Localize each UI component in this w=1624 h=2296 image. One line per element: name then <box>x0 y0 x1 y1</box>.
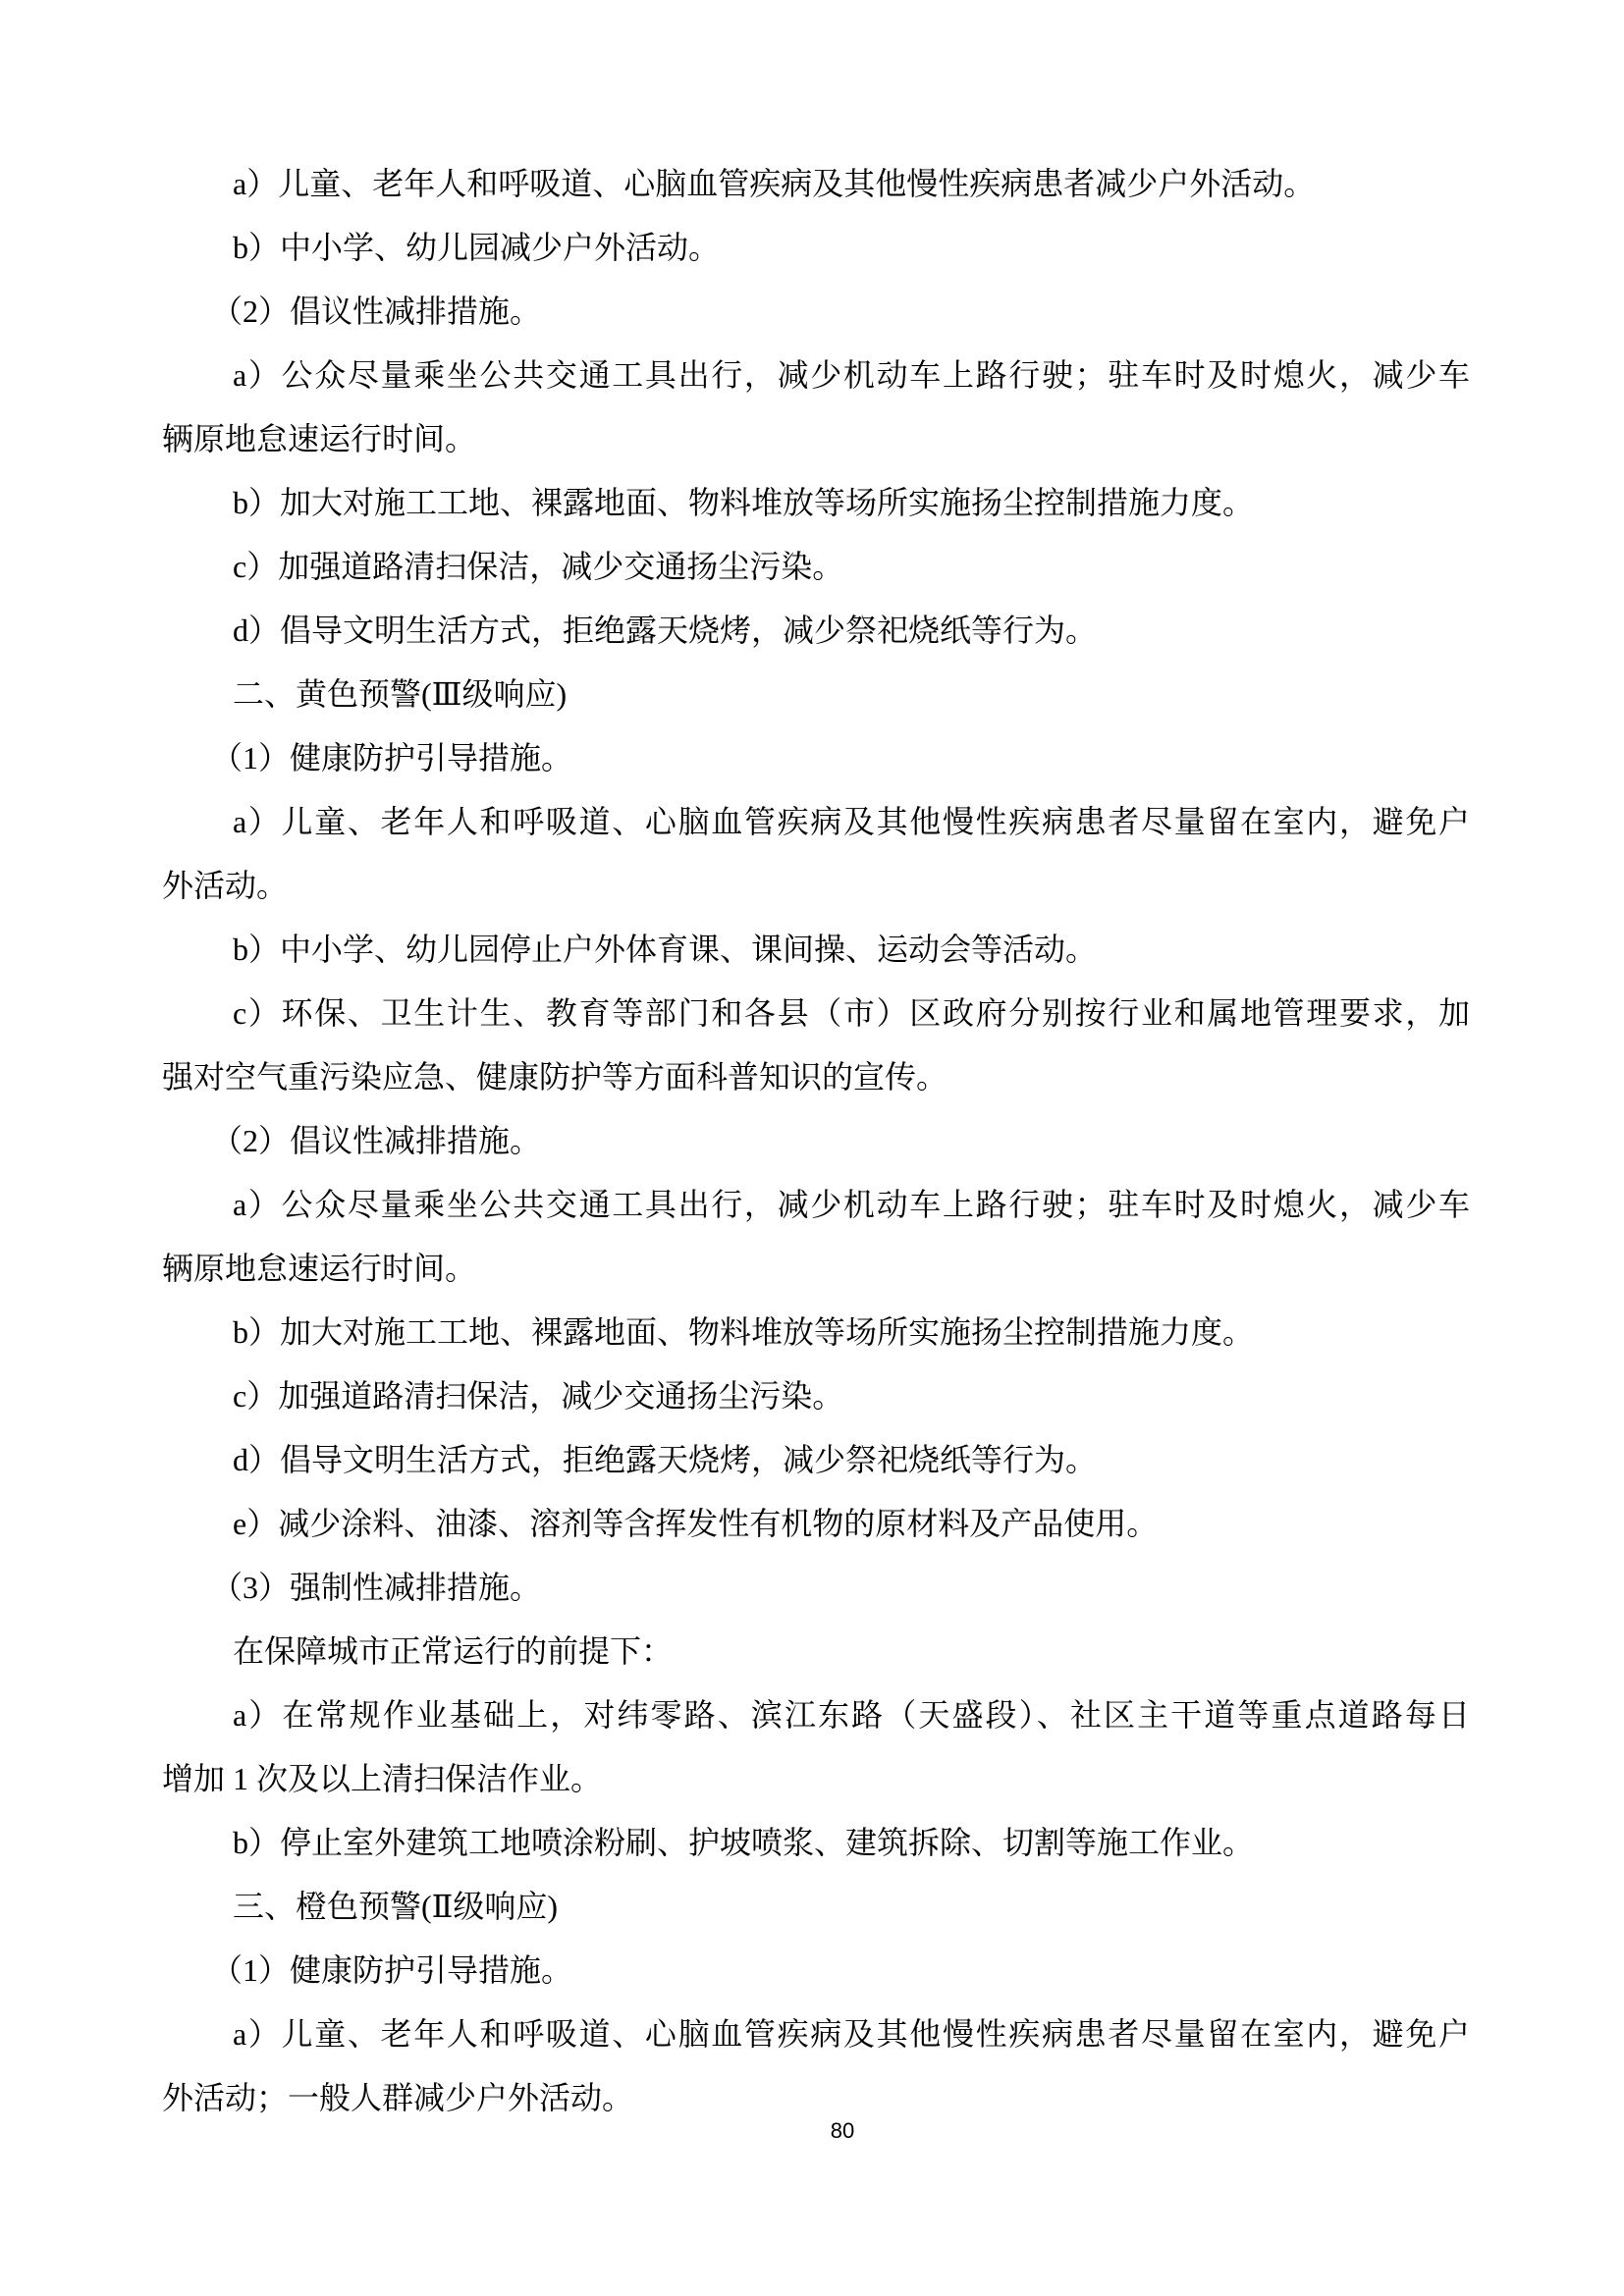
text-line: （1）健康防护引导措施。 <box>162 726 1470 790</box>
text-line: 在保障城市正常运行的前提下： <box>162 1620 1470 1683</box>
text-line: 二、黄色预警(Ⅲ级响应) <box>162 663 1470 726</box>
text-line: 增加 1 次及以上清扫保洁作业。 <box>162 1747 1470 1811</box>
text-line: （2）倡议性减排措施。 <box>162 1109 1470 1173</box>
text-line: （2）倡议性减排措施。 <box>162 280 1470 344</box>
text-line: b）中小学、幼儿园停止户外体育课、课间操、运动会等活动。 <box>162 918 1470 982</box>
text-line: b）加大对施工工地、裸露地面、物料堆放等场所实施扬尘控制措施力度。 <box>162 1301 1470 1364</box>
text-line: a）儿童、老年人和呼吸道、心脑血管疾病及其他慢性疾病患者尽量留在室内，避免户 <box>162 2002 1470 2066</box>
text-line: d）倡导文明生活方式，拒绝露天烧烤，减少祭祀烧纸等行为。 <box>162 1428 1470 1492</box>
text-line: c）加强道路清扫保洁，减少交通扬尘污染。 <box>162 1364 1470 1428</box>
document-page: a）儿童、老年人和呼吸道、心脑血管疾病及其他慢性疾病患者减少户外活动。b）中小学… <box>0 0 1624 2296</box>
document-body: a）儿童、老年人和呼吸道、心脑血管疾病及其他慢性疾病患者减少户外活动。b）中小学… <box>162 152 1470 2130</box>
text-line: 外活动。 <box>162 854 1470 918</box>
text-line: b）中小学、幼儿园减少户外活动。 <box>162 216 1470 280</box>
text-line: c）环保、卫生计生、教育等部门和各县（市）区政府分别按行业和属地管理要求，加 <box>162 982 1470 1045</box>
text-line: d）倡导文明生活方式，拒绝露天烧烤，减少祭祀烧纸等行为。 <box>162 599 1470 663</box>
text-line: 辆原地怠速运行时间。 <box>162 1237 1470 1301</box>
text-line: 三、橙色预警(Ⅱ级响应) <box>162 1875 1470 1939</box>
text-line: 辆原地怠速运行时间。 <box>162 407 1470 471</box>
text-line: （1）健康防护引导措施。 <box>162 1939 1470 2002</box>
text-line: a）儿童、老年人和呼吸道、心脑血管疾病及其他慢性疾病患者减少户外活动。 <box>162 152 1470 216</box>
text-line: a）公众尽量乘坐公共交通工具出行，减少机动车上路行驶；驻车时及时熄火，减少车 <box>162 344 1470 407</box>
page-number: 80 <box>0 2118 1624 2144</box>
text-line: a）公众尽量乘坐公共交通工具出行，减少机动车上路行驶；驻车时及时熄火，减少车 <box>162 1173 1470 1237</box>
text-line: a）在常规作业基础上，对纬零路、滨江东路（天盛段）、社区主干道等重点道路每日 <box>162 1683 1470 1747</box>
text-line: （3）强制性减排措施。 <box>162 1556 1470 1620</box>
text-line: b）加大对施工工地、裸露地面、物料堆放等场所实施扬尘控制措施力度。 <box>162 471 1470 535</box>
text-line: a）儿童、老年人和呼吸道、心脑血管疾病及其他慢性疾病患者尽量留在室内，避免户 <box>162 790 1470 854</box>
text-line: 强对空气重污染应急、健康防护等方面科普知识的宣传。 <box>162 1045 1470 1109</box>
text-line: b）停止室外建筑工地喷涂粉刷、护坡喷浆、建筑拆除、切割等施工作业。 <box>162 1811 1470 1875</box>
text-line: e）减少涂料、油漆、溶剂等含挥发性有机物的原材料及产品使用。 <box>162 1492 1470 1556</box>
text-line: c）加强道路清扫保洁，减少交通扬尘污染。 <box>162 535 1470 599</box>
